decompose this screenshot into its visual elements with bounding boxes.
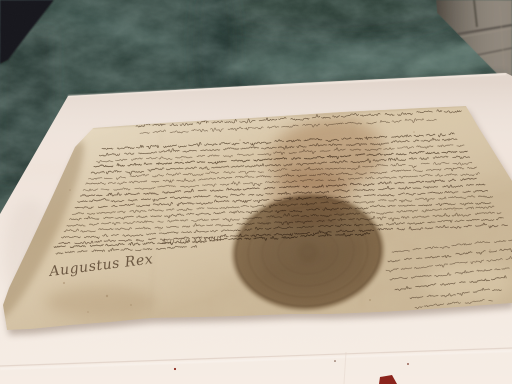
photo-grain-overlay (0, 0, 512, 384)
photo-of-manuscript: Augustus Rex A.D. CC XXXVIII (0, 0, 512, 384)
screenshot-root: Augustus Rex A.D. CC XXXVIII (0, 0, 512, 384)
